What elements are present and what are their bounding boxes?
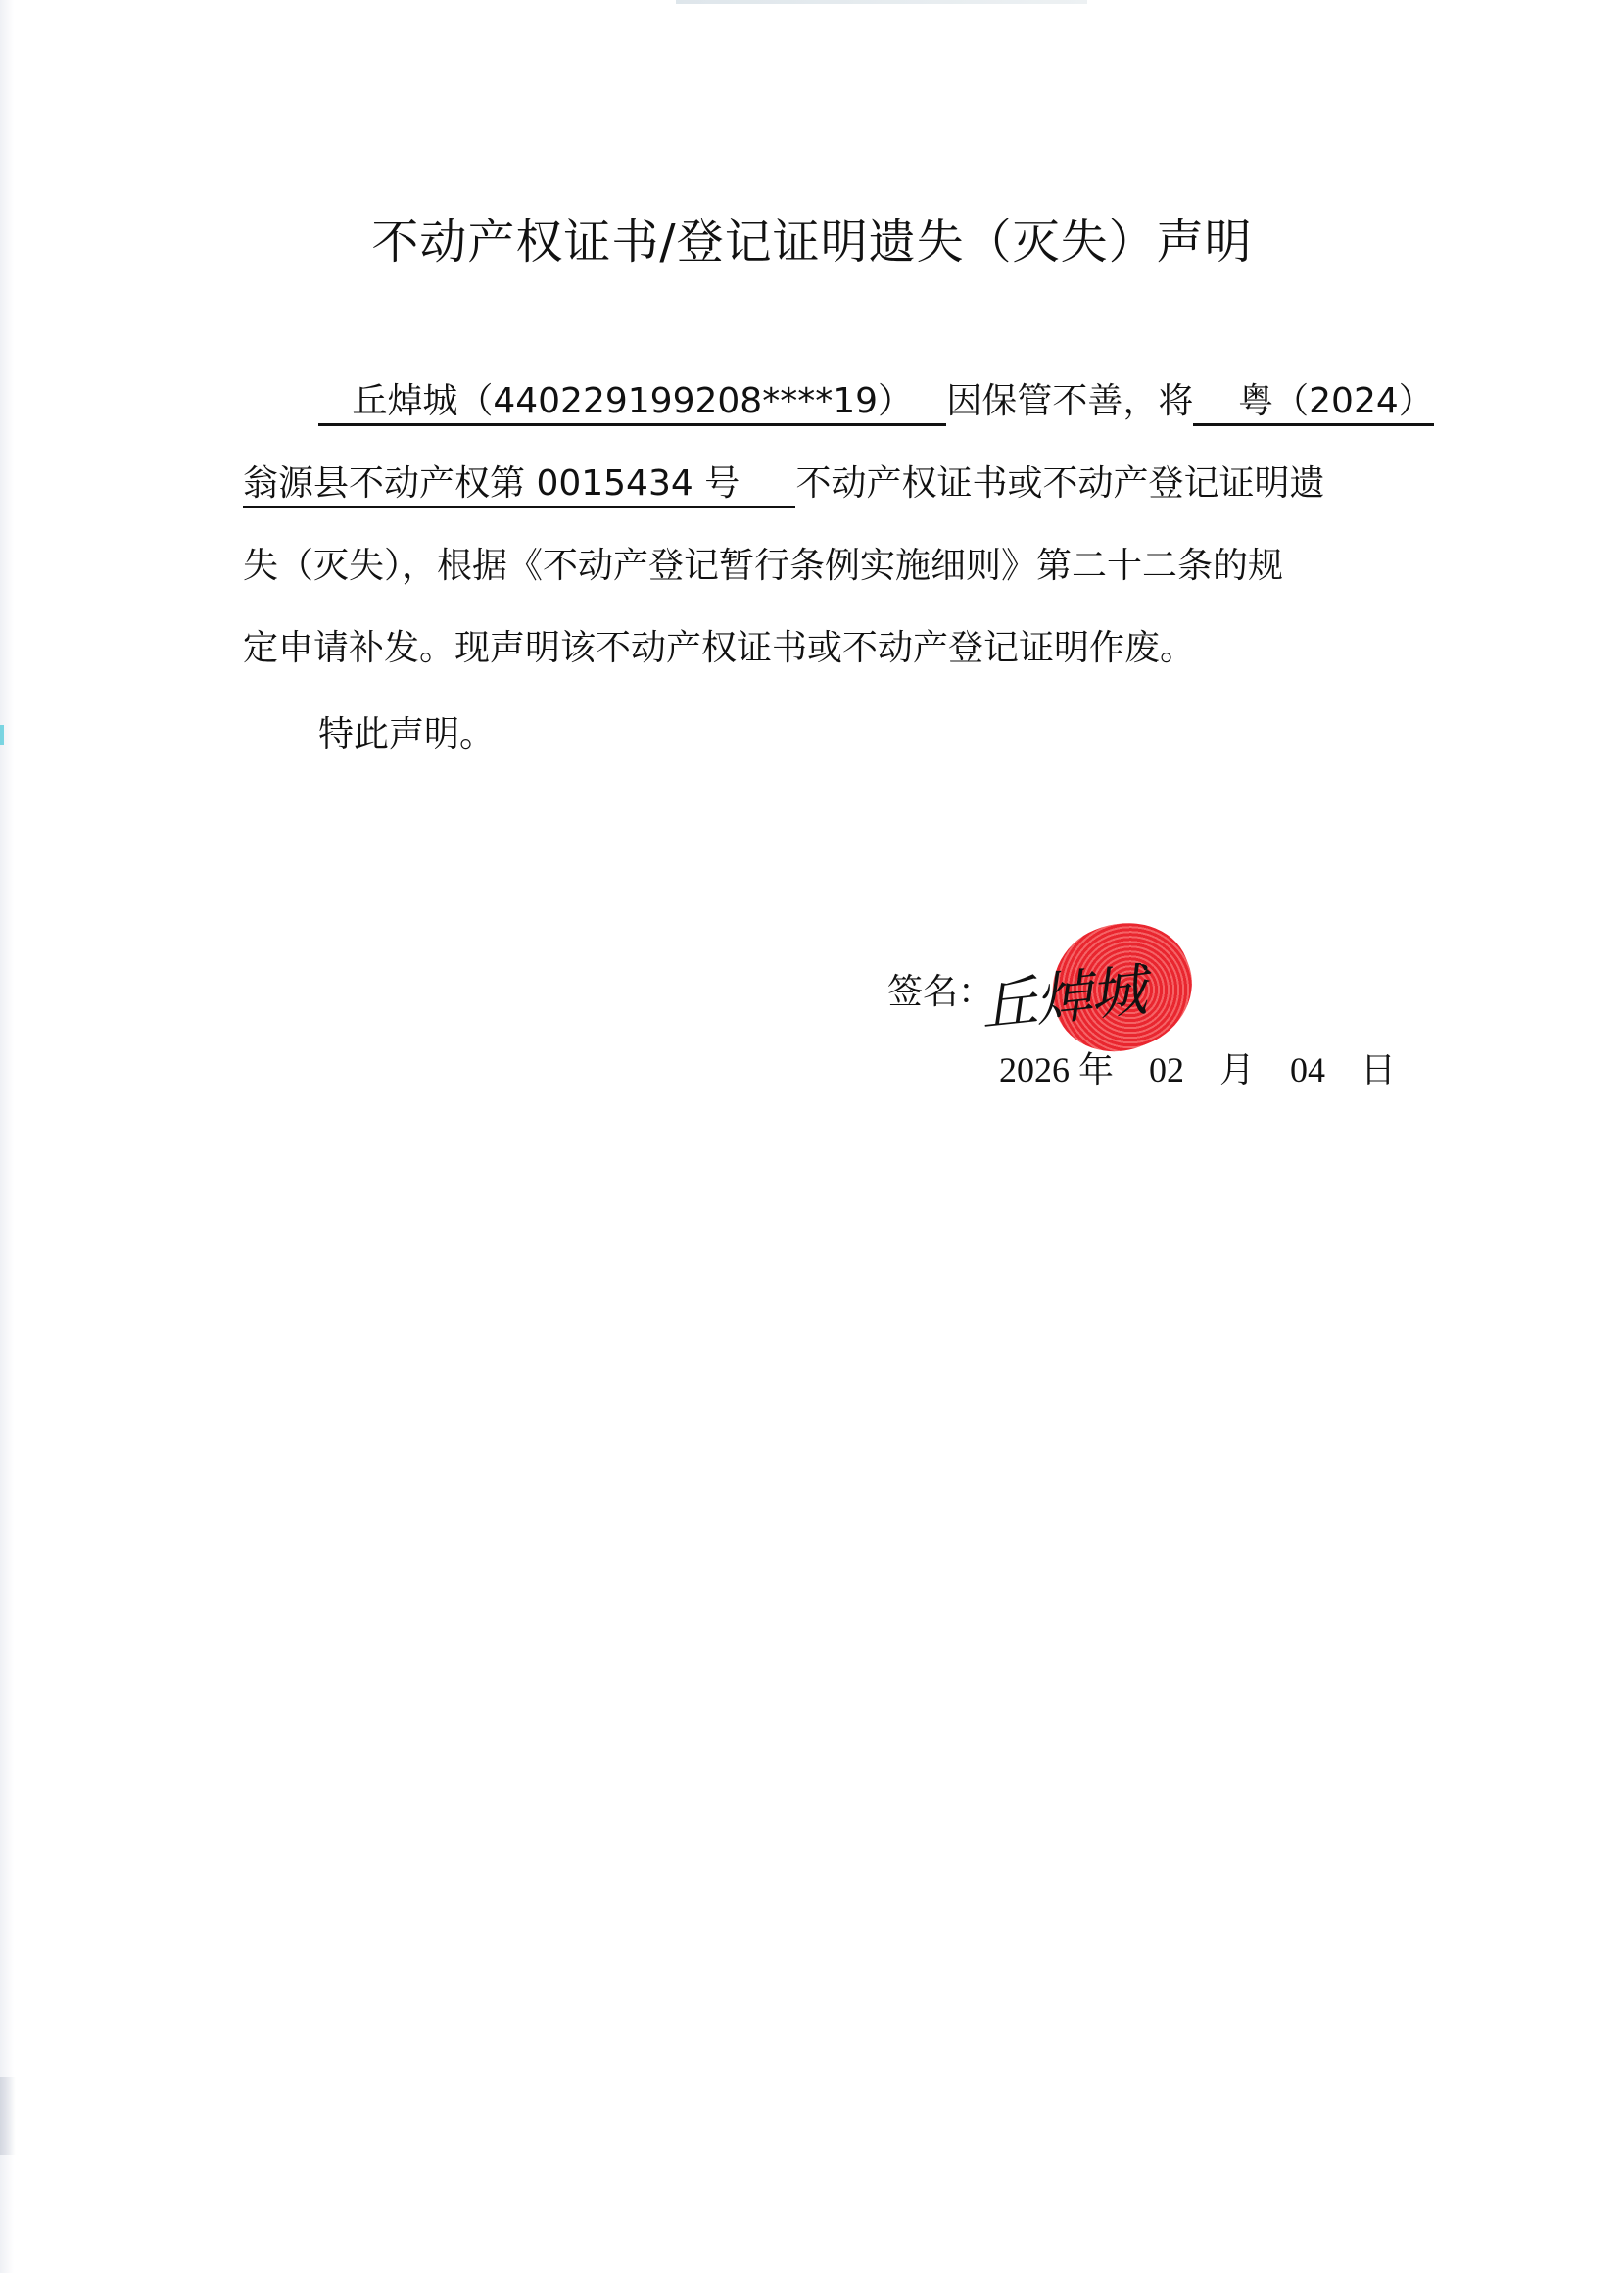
handwritten-signature: 丘焯城 <box>976 943 1148 1042</box>
closing-statement: 特此声明。 <box>318 713 495 756</box>
date-month: 02 <box>1149 1050 1184 1089</box>
date-month-unit: 月 <box>1219 1050 1255 1090</box>
scan-top-artifact <box>676 0 1087 4</box>
certificate-number-fill-blank-2: 翁源县不动产权第 0015434 号 <box>243 464 795 508</box>
name-id-fill-blank: 丘焯城（440229199208****19） <box>318 382 946 426</box>
paragraph-line-2: 翁源县不动产权第 0015434 号 不动产权证书或不动产登记证明遗 <box>243 462 1324 508</box>
owner-name-id: 丘焯城（440229199208****19） <box>352 381 913 421</box>
date-year-unit: 年 <box>1078 1050 1114 1090</box>
document-title: 不动产权证书/登记证明遗失（灭失）声明 <box>0 204 1624 271</box>
date-day-unit: 日 <box>1361 1050 1396 1090</box>
paragraph-line-1: 丘焯城（440229199208****19） 因保管不善，将 粤（2024） <box>318 380 1434 426</box>
date-year: 2026 <box>999 1050 1070 1089</box>
reason-text: 因保管不善，将 <box>946 381 1193 421</box>
paragraph-line-4: 定申请补发。现声明该不动产权证书或不动产登记证明作废。 <box>243 627 1195 670</box>
date-day: 04 <box>1290 1050 1325 1089</box>
scan-mark-artifact-bottom <box>0 2077 16 2155</box>
scan-edge-artifact <box>0 0 14 2273</box>
certificate-type-text: 不动产权证书或不动产登记证明遗 <box>795 463 1324 504</box>
document-page: 不动产权证书/登记证明遗失（灭失）声明 丘焯城（440229199208****… <box>0 0 1624 2273</box>
certificate-number-part1: 粤（2024） <box>1238 381 1434 421</box>
scan-mark-artifact <box>0 725 4 745</box>
paragraph-line-3: 失（灭失），根据《不动产登记暂行条例实施细则》第二十二条的规 <box>243 545 1283 588</box>
certificate-number-fill-blank-1: 粤（2024） <box>1193 382 1433 426</box>
signature-date: 2026 年 02 月 04 日 <box>999 1048 1396 1092</box>
certificate-number-part2: 翁源县不动产权第 0015434 号 <box>243 463 740 504</box>
